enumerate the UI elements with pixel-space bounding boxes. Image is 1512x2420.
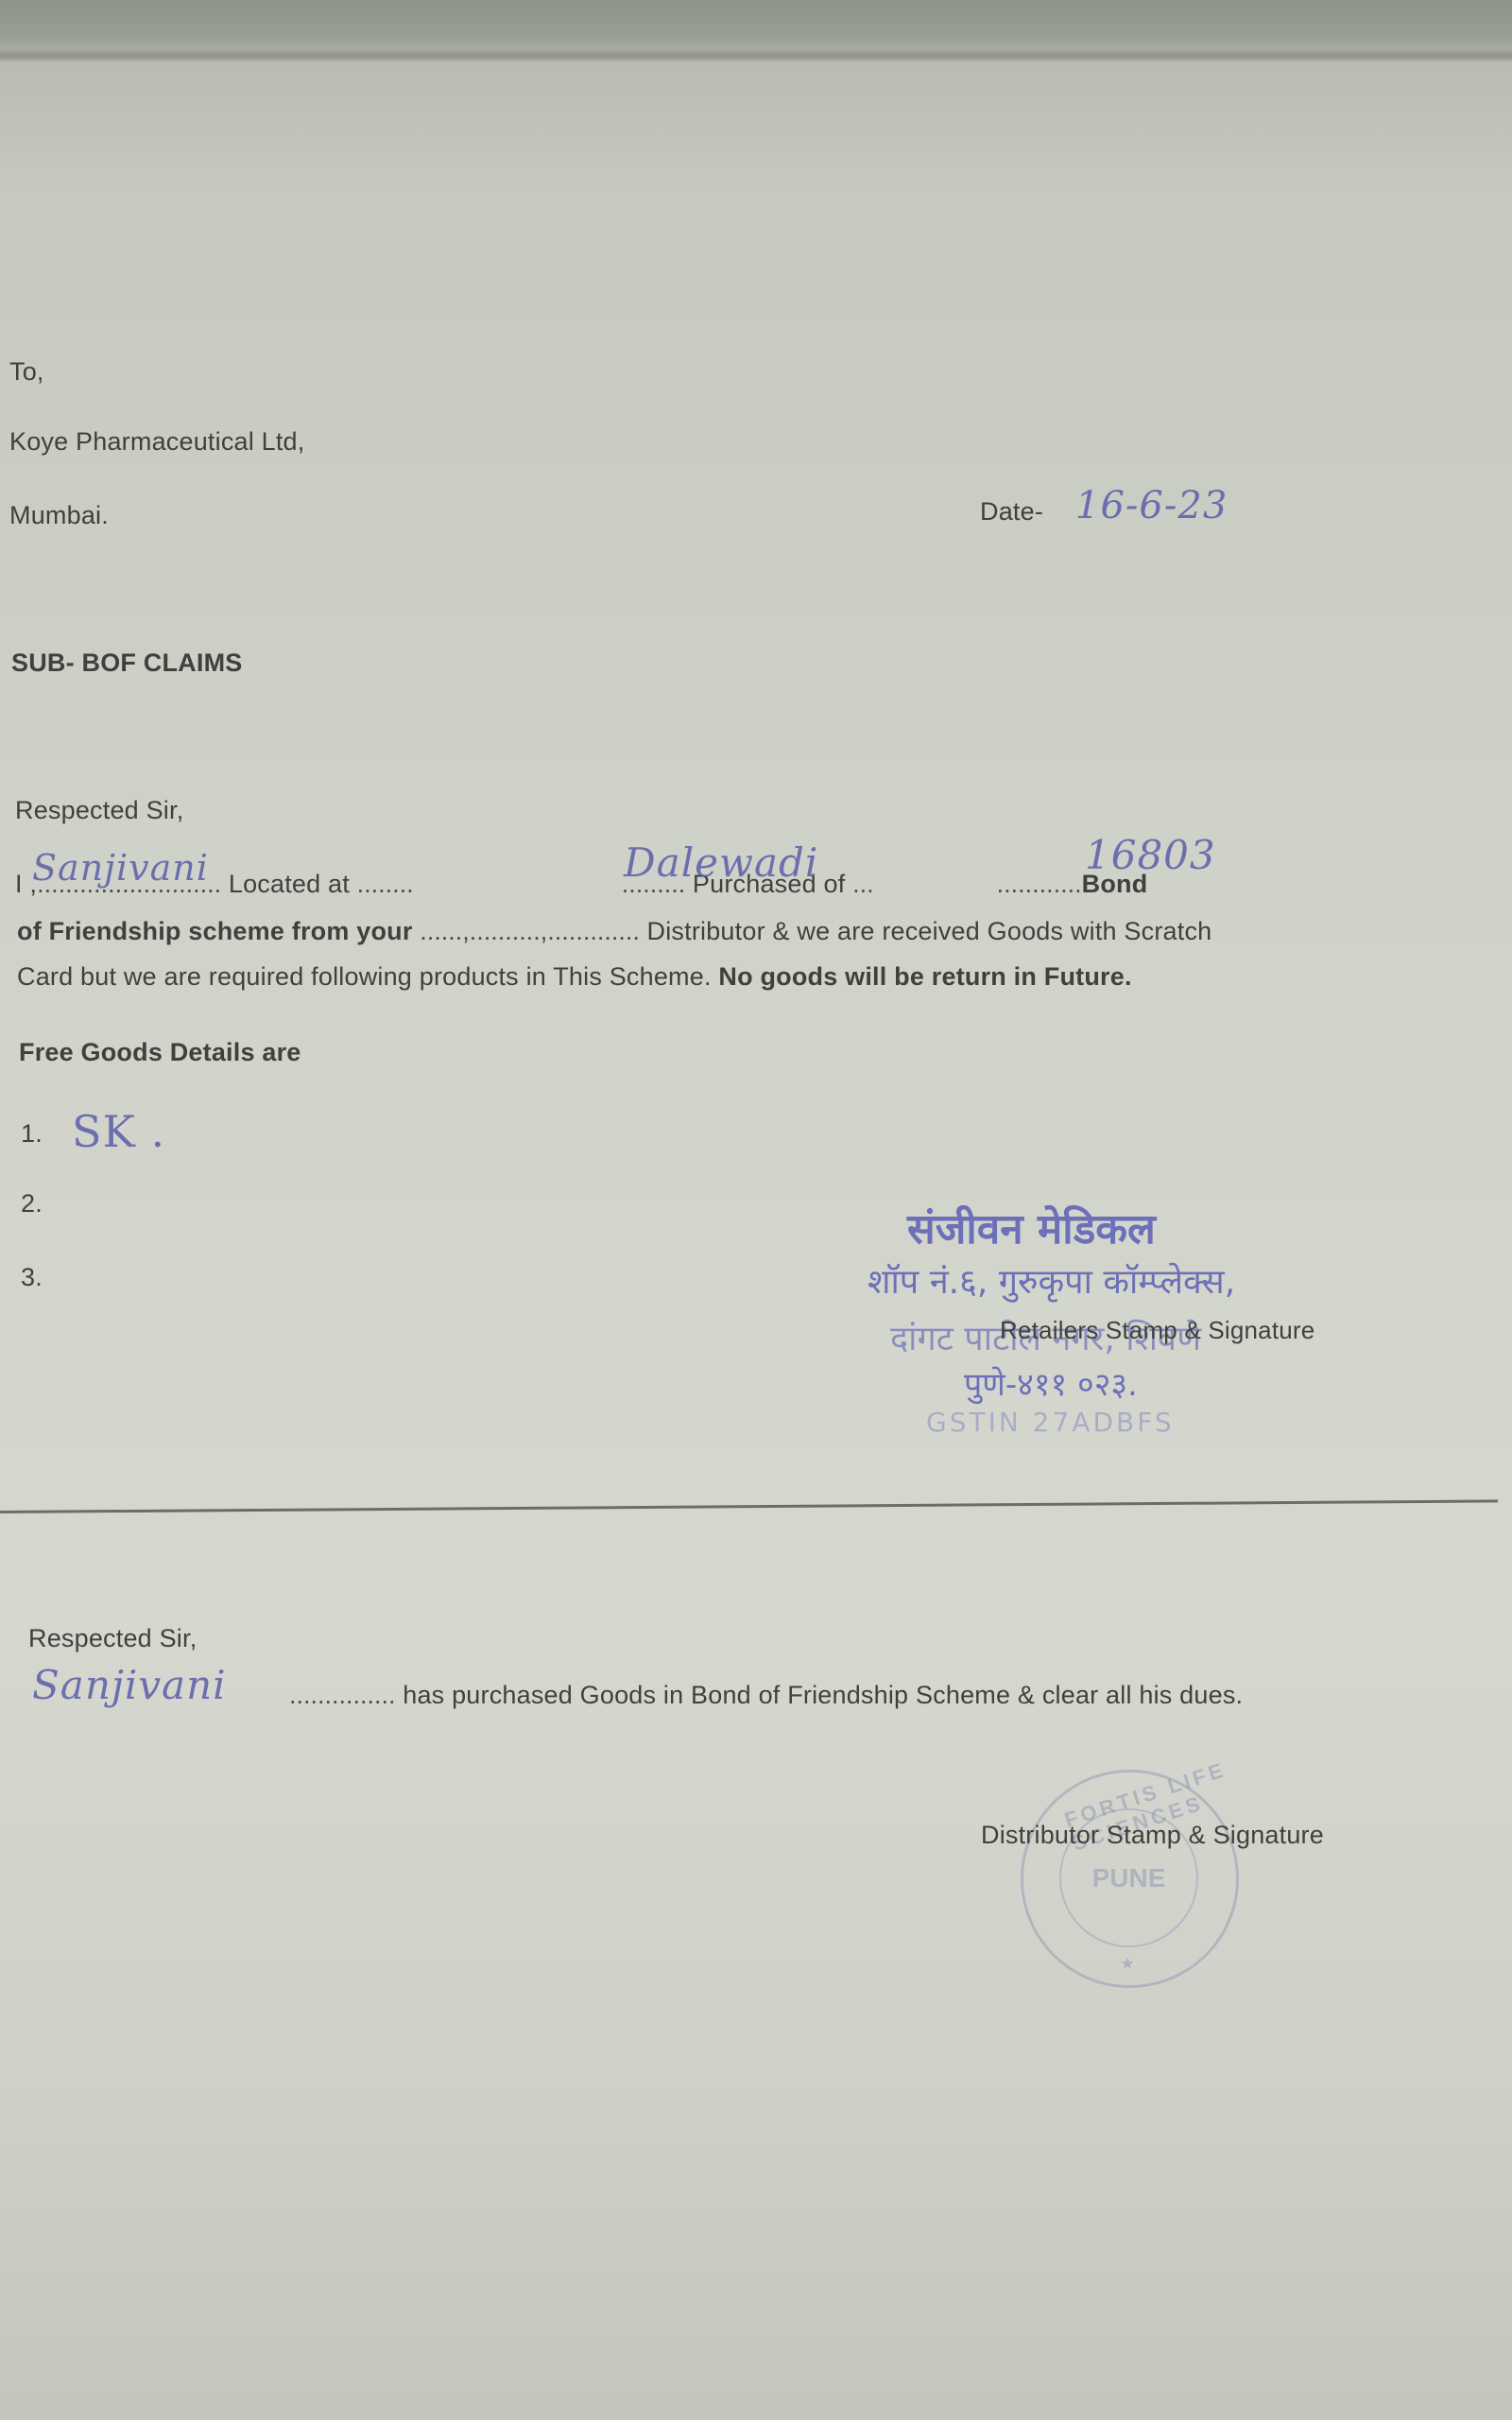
greeting: Respected Sir,	[15, 796, 183, 825]
subject-line: SUB- BOF CLAIMS	[11, 648, 242, 678]
recipient-city: Mumbai.	[9, 501, 109, 530]
location-dots-pre: ........	[357, 870, 414, 898]
amount-handwritten: 16803	[1085, 832, 1216, 878]
free-goods-item-1: SK .	[72, 1106, 165, 1157]
retailer-signature-label: Retailers Stamp & Signature	[1000, 1316, 1314, 1345]
free-goods-number-3: 3.	[21, 1263, 43, 1292]
distributor-name-dots: ...............	[289, 1681, 396, 1709]
amount-dots-pre: ...	[852, 870, 874, 898]
distributor-round-stamp: FORTIS LIFE SCIENCES PUNE ★	[1021, 1770, 1239, 1988]
body-line-2: of Friendship scheme from your ......,..…	[17, 917, 1211, 946]
retailer-stamp-gstin: GSTIN 27ADBFS	[926, 1407, 1175, 1438]
stamp-center-text: PUNE	[1092, 1863, 1166, 1893]
retailer-stamp-address-1: शॉप नं.६, गुरुकृपा कॉम्प्लेक्स,	[868, 1257, 1235, 1304]
salutation-to: To,	[9, 357, 44, 387]
body-line-3: Card but we are required following produ…	[17, 962, 1132, 992]
scheme-text: of Friendship scheme from your	[17, 917, 413, 945]
no-return-notice: No goods will be return in Future.	[718, 962, 1131, 991]
date-label: Date-	[980, 497, 1043, 527]
amount-dots-post: ............	[997, 870, 1082, 898]
paper-fold-shadow	[0, 49, 1512, 62]
requirement-text: Card but we are required following produ…	[17, 962, 712, 991]
distributor-text: Distributor & we are received Goods with…	[647, 917, 1212, 945]
free-goods-number-2: 2.	[21, 1189, 43, 1219]
retailer-name-handwritten: Sanjivani	[32, 847, 209, 889]
free-goods-heading: Free Goods Details are	[19, 1038, 301, 1067]
distributor-field: ......,..........,.............	[420, 917, 640, 945]
distributor-signature-label: Distributor Stamp & Signature	[981, 1821, 1324, 1850]
section-divider	[0, 1499, 1498, 1513]
recipient-company: Koye Pharmaceutical Ltd,	[9, 427, 304, 457]
dues-cleared-text: has purchased Goods in Bond of Friendshi…	[403, 1681, 1243, 1709]
retailer-stamp-name: संजीवन मेडिकल	[907, 1199, 1156, 1255]
star-icon: ★	[1120, 1954, 1135, 1974]
distributor-name-handwritten: Sanjivani	[32, 1662, 227, 1708]
date-handwritten: 16-6-23	[1075, 484, 1228, 527]
retailer-stamp-pincode: पुणे-४११ ०२३.	[964, 1361, 1138, 1405]
location-handwritten: Dalewadi	[624, 839, 818, 886]
distributor-greeting: Respected Sir,	[28, 1624, 197, 1653]
free-goods-number-1: 1.	[21, 1119, 43, 1149]
located-at-label: Located at	[229, 870, 350, 898]
